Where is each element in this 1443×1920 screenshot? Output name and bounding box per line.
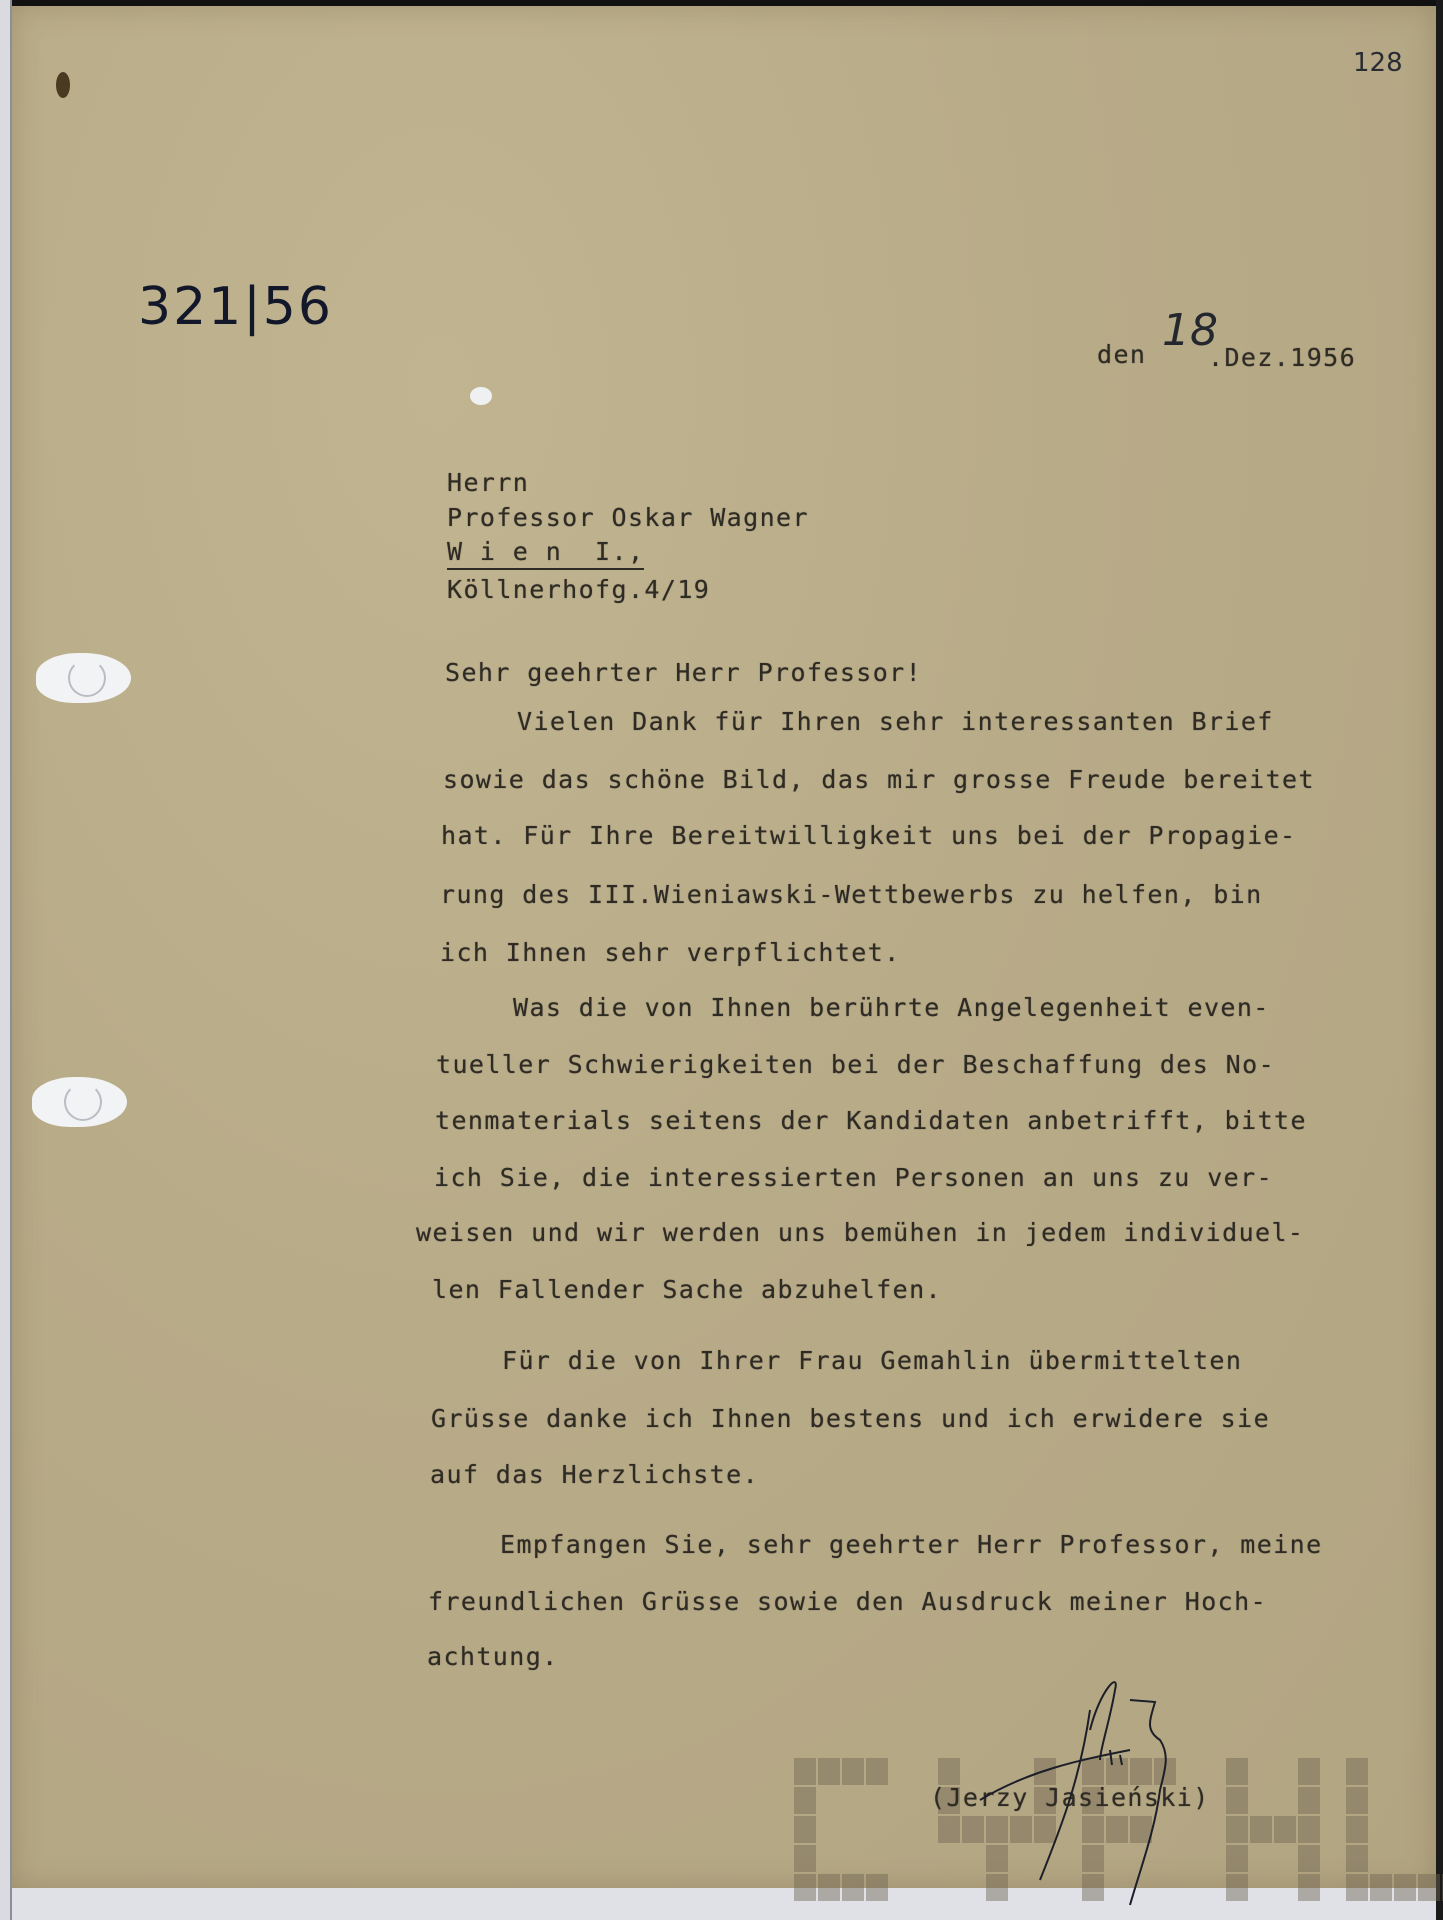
file-reference: 321|56 (138, 277, 333, 337)
handwritten-signature (970, 1670, 1200, 1910)
body-line: tueller Schwierigkeiten bei der Beschaff… (436, 1050, 1275, 1079)
body-line: rung des III.Wieniawski-Wettbewerbs zu h… (440, 880, 1263, 909)
punch-hole-top (36, 653, 131, 703)
body-line: Was die von Ihnen berührte Angelegenheit… (513, 993, 1270, 1022)
scan-left-border (0, 0, 12, 1920)
punch-hole-bottom (32, 1077, 127, 1127)
recipient-line-1: Herrn (447, 468, 529, 497)
ink-stain (56, 72, 70, 98)
recipient-line-2: Professor Oskar Wagner (447, 503, 809, 532)
date-rest: .Dez.1956 (1208, 343, 1356, 372)
body-line: achtung. (427, 1642, 559, 1671)
body-line: tenmaterials seitens der Kandidaten anbe… (435, 1106, 1307, 1135)
body-line: ich Sie, die interessierten Personen an … (434, 1163, 1273, 1192)
scan-right-border (1436, 0, 1443, 1920)
body-line: auf das Herzlichste. (430, 1460, 759, 1489)
recipient-line-4: Köllnerhofg.4/19 (447, 575, 710, 604)
body-line: len Fallender Sache abzuhelfen. (432, 1275, 942, 1304)
recipient-line-3: W i e n I., (447, 537, 644, 570)
salutation: Sehr geehrter Herr Professor! (445, 658, 922, 687)
body-line: Vielen Dank für Ihren sehr interessanten… (517, 707, 1274, 736)
paper-blemish (470, 387, 492, 405)
body-line: ich Ihnen sehr verpflichtet. (440, 938, 901, 967)
body-line: Grüsse danke ich Ihnen bestens und ich e… (431, 1404, 1270, 1433)
body-line: hat. Für Ihre Bereitwilligkeit uns bei d… (441, 821, 1296, 850)
body-line: Für die von Ihrer Frau Gemahlin übermitt… (502, 1346, 1242, 1375)
page-number: 128 (1353, 48, 1403, 78)
body-line: sowie das schöne Bild, das mir grosse Fr… (443, 765, 1315, 794)
date-prefix: den (1097, 340, 1146, 369)
body-line: weisen und wir werden uns bemühen in jed… (416, 1218, 1304, 1247)
body-line: Empfangen Sie, sehr geehrter Herr Profes… (500, 1530, 1323, 1559)
body-line: freundlichen Grüsse sowie den Ausdruck m… (428, 1587, 1267, 1616)
